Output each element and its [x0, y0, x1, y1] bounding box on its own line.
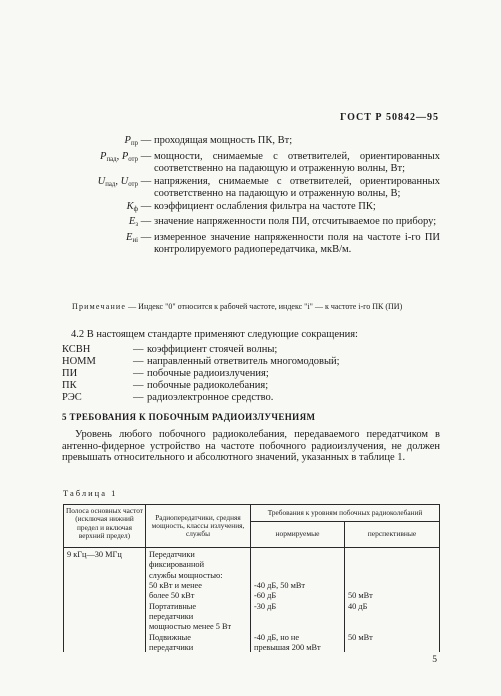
- table-header-transmitters: Радиопередатчики, средняя мощность, клас…: [146, 505, 251, 547]
- definition-row: Eз — значение напряженности поля ПИ, отс…: [62, 216, 440, 232]
- abbreviation-label: ПК: [62, 380, 133, 392]
- dash: —: [133, 380, 147, 392]
- abbreviation-row: РЭС — радиоэлектронное средство.: [62, 392, 440, 404]
- definition-row: Eиi — измеренное значение напряженности …: [62, 232, 440, 257]
- definition-text: мощности, снимаемые с ответвителей, орие…: [154, 151, 440, 176]
- dash: —: [133, 368, 147, 380]
- dash: —: [138, 176, 154, 201]
- note-block: Примечание — Индекс "0" относится к рабо…: [62, 302, 440, 312]
- symbol-term: Eз: [62, 216, 138, 232]
- definition-row: Pпад, Pотр — мощности, снимаемые с ответ…: [62, 151, 440, 176]
- abbreviation-text: направленный ответвитель многомодовый;: [147, 356, 440, 368]
- section-5-paragraph: Уровень любого побочного радиоколебания,…: [62, 429, 440, 464]
- abbreviation-row: КСВН — коэффициент стоячей волны;: [62, 344, 440, 356]
- table-header-requirements-group: Требования к уровням побочных радиоколеб…: [251, 505, 439, 547]
- symbol-term: Pпад, Pотр: [62, 151, 138, 176]
- abbreviation-label: КСВН: [62, 344, 133, 356]
- standard-number-header: ГОСТ Р 50842—95: [340, 112, 439, 123]
- dash: —: [133, 392, 147, 404]
- table-header-requirements-title: Требования к уровням побочных радиоколеб…: [251, 505, 439, 522]
- abbreviation-text: побочные радиоизлучения;: [147, 368, 440, 380]
- definition-text: измеренное значение напряженности поля н…: [154, 232, 440, 257]
- dash: —: [138, 201, 154, 217]
- table-header-normative: нормируемые: [251, 522, 345, 547]
- dash: —: [133, 356, 147, 368]
- table-header-row: Полоса основных частот (исключая нижний …: [64, 505, 439, 548]
- definition-text: проходящая мощность ПК, Вт;: [154, 135, 440, 151]
- note-label: Примечание: [72, 302, 126, 311]
- abbreviation-text: побочные радиоколебания;: [147, 380, 440, 392]
- abbreviation-row: ПК — побочные радиоколебания;: [62, 380, 440, 392]
- abbreviation-list: КСВН — коэффициент стоячей волны; НОММ —…: [62, 344, 440, 404]
- section-5-heading: 5 ТРЕБОВАНИЯ К ПОБОЧНЫМ РАДИОИЗЛУЧЕНИЯМ: [62, 412, 315, 422]
- dash: —: [133, 344, 147, 356]
- abbreviation-text: радиоэлектронное средство.: [147, 392, 440, 404]
- table-cell-transmitters: Передатчикификсированнойслужбы мощностью…: [146, 548, 251, 652]
- dash: —: [138, 232, 154, 257]
- dash: —: [138, 135, 154, 151]
- abbreviation-row: НОММ — направленный ответвитель многомод…: [62, 356, 440, 368]
- requirements-table: Полоса основных частот (исключая нижний …: [63, 504, 440, 652]
- definition-text: напряжения, снимаемые с ответвителей, ор…: [154, 176, 440, 201]
- table-cell-normative: -40 дБ, 50 мВт-60 дБ-30 дБ-40 дБ, но неп…: [251, 548, 345, 652]
- clause-4-2-intro: 4.2 В настоящем стандарте применяют след…: [62, 329, 440, 340]
- symbol-term: Kф: [62, 201, 138, 217]
- abbreviation-label: РЭС: [62, 392, 133, 404]
- definition-row: Pпр — проходящая мощность ПК, Вт;: [62, 135, 440, 151]
- symbol-term: Pпр: [62, 135, 138, 151]
- dash: —: [138, 216, 154, 232]
- abbreviation-label: НОММ: [62, 356, 133, 368]
- note-text: — Индекс "0" относится к рабочей частоте…: [128, 302, 402, 311]
- table-header-frequency-band: Полоса основных частот (исключая нижний …: [64, 505, 146, 547]
- dash: —: [138, 151, 154, 176]
- document-page: ГОСТ Р 50842—95 Pпр — проходящая мощност…: [0, 0, 501, 696]
- symbol-term: Eиi: [62, 232, 138, 257]
- page-number: 5: [432, 655, 437, 665]
- table-header-prospective: перспективные: [345, 522, 439, 547]
- table-cell-frequency-band: 9 кГц—30 МГц: [64, 548, 146, 652]
- table-body-row: 9 кГц—30 МГц Передатчикификсированнойслу…: [64, 548, 439, 652]
- definition-row: Uпад, Uотр — напряжения, снимаемые с отв…: [62, 176, 440, 201]
- symbol-term: Uпад, Uотр: [62, 176, 138, 201]
- abbreviation-text: коэффициент стоячей волны;: [147, 344, 440, 356]
- table-caption: Таблица 1: [63, 488, 117, 498]
- abbreviation-label: ПИ: [62, 368, 133, 380]
- definition-text: значение напряженности поля ПИ, отсчитыв…: [154, 216, 440, 232]
- table-cell-prospective: 50 мВт40 дБ50 мВт: [345, 548, 439, 652]
- definition-row: Kф — коэффициент ослабления фильтра на ч…: [62, 201, 440, 217]
- abbreviation-row: ПИ — побочные радиоизлучения;: [62, 368, 440, 380]
- symbol-definition-list: Pпр — проходящая мощность ПК, Вт; Pпад, …: [62, 135, 440, 257]
- definition-text: коэффициент ослабления фильтра на частот…: [154, 201, 440, 217]
